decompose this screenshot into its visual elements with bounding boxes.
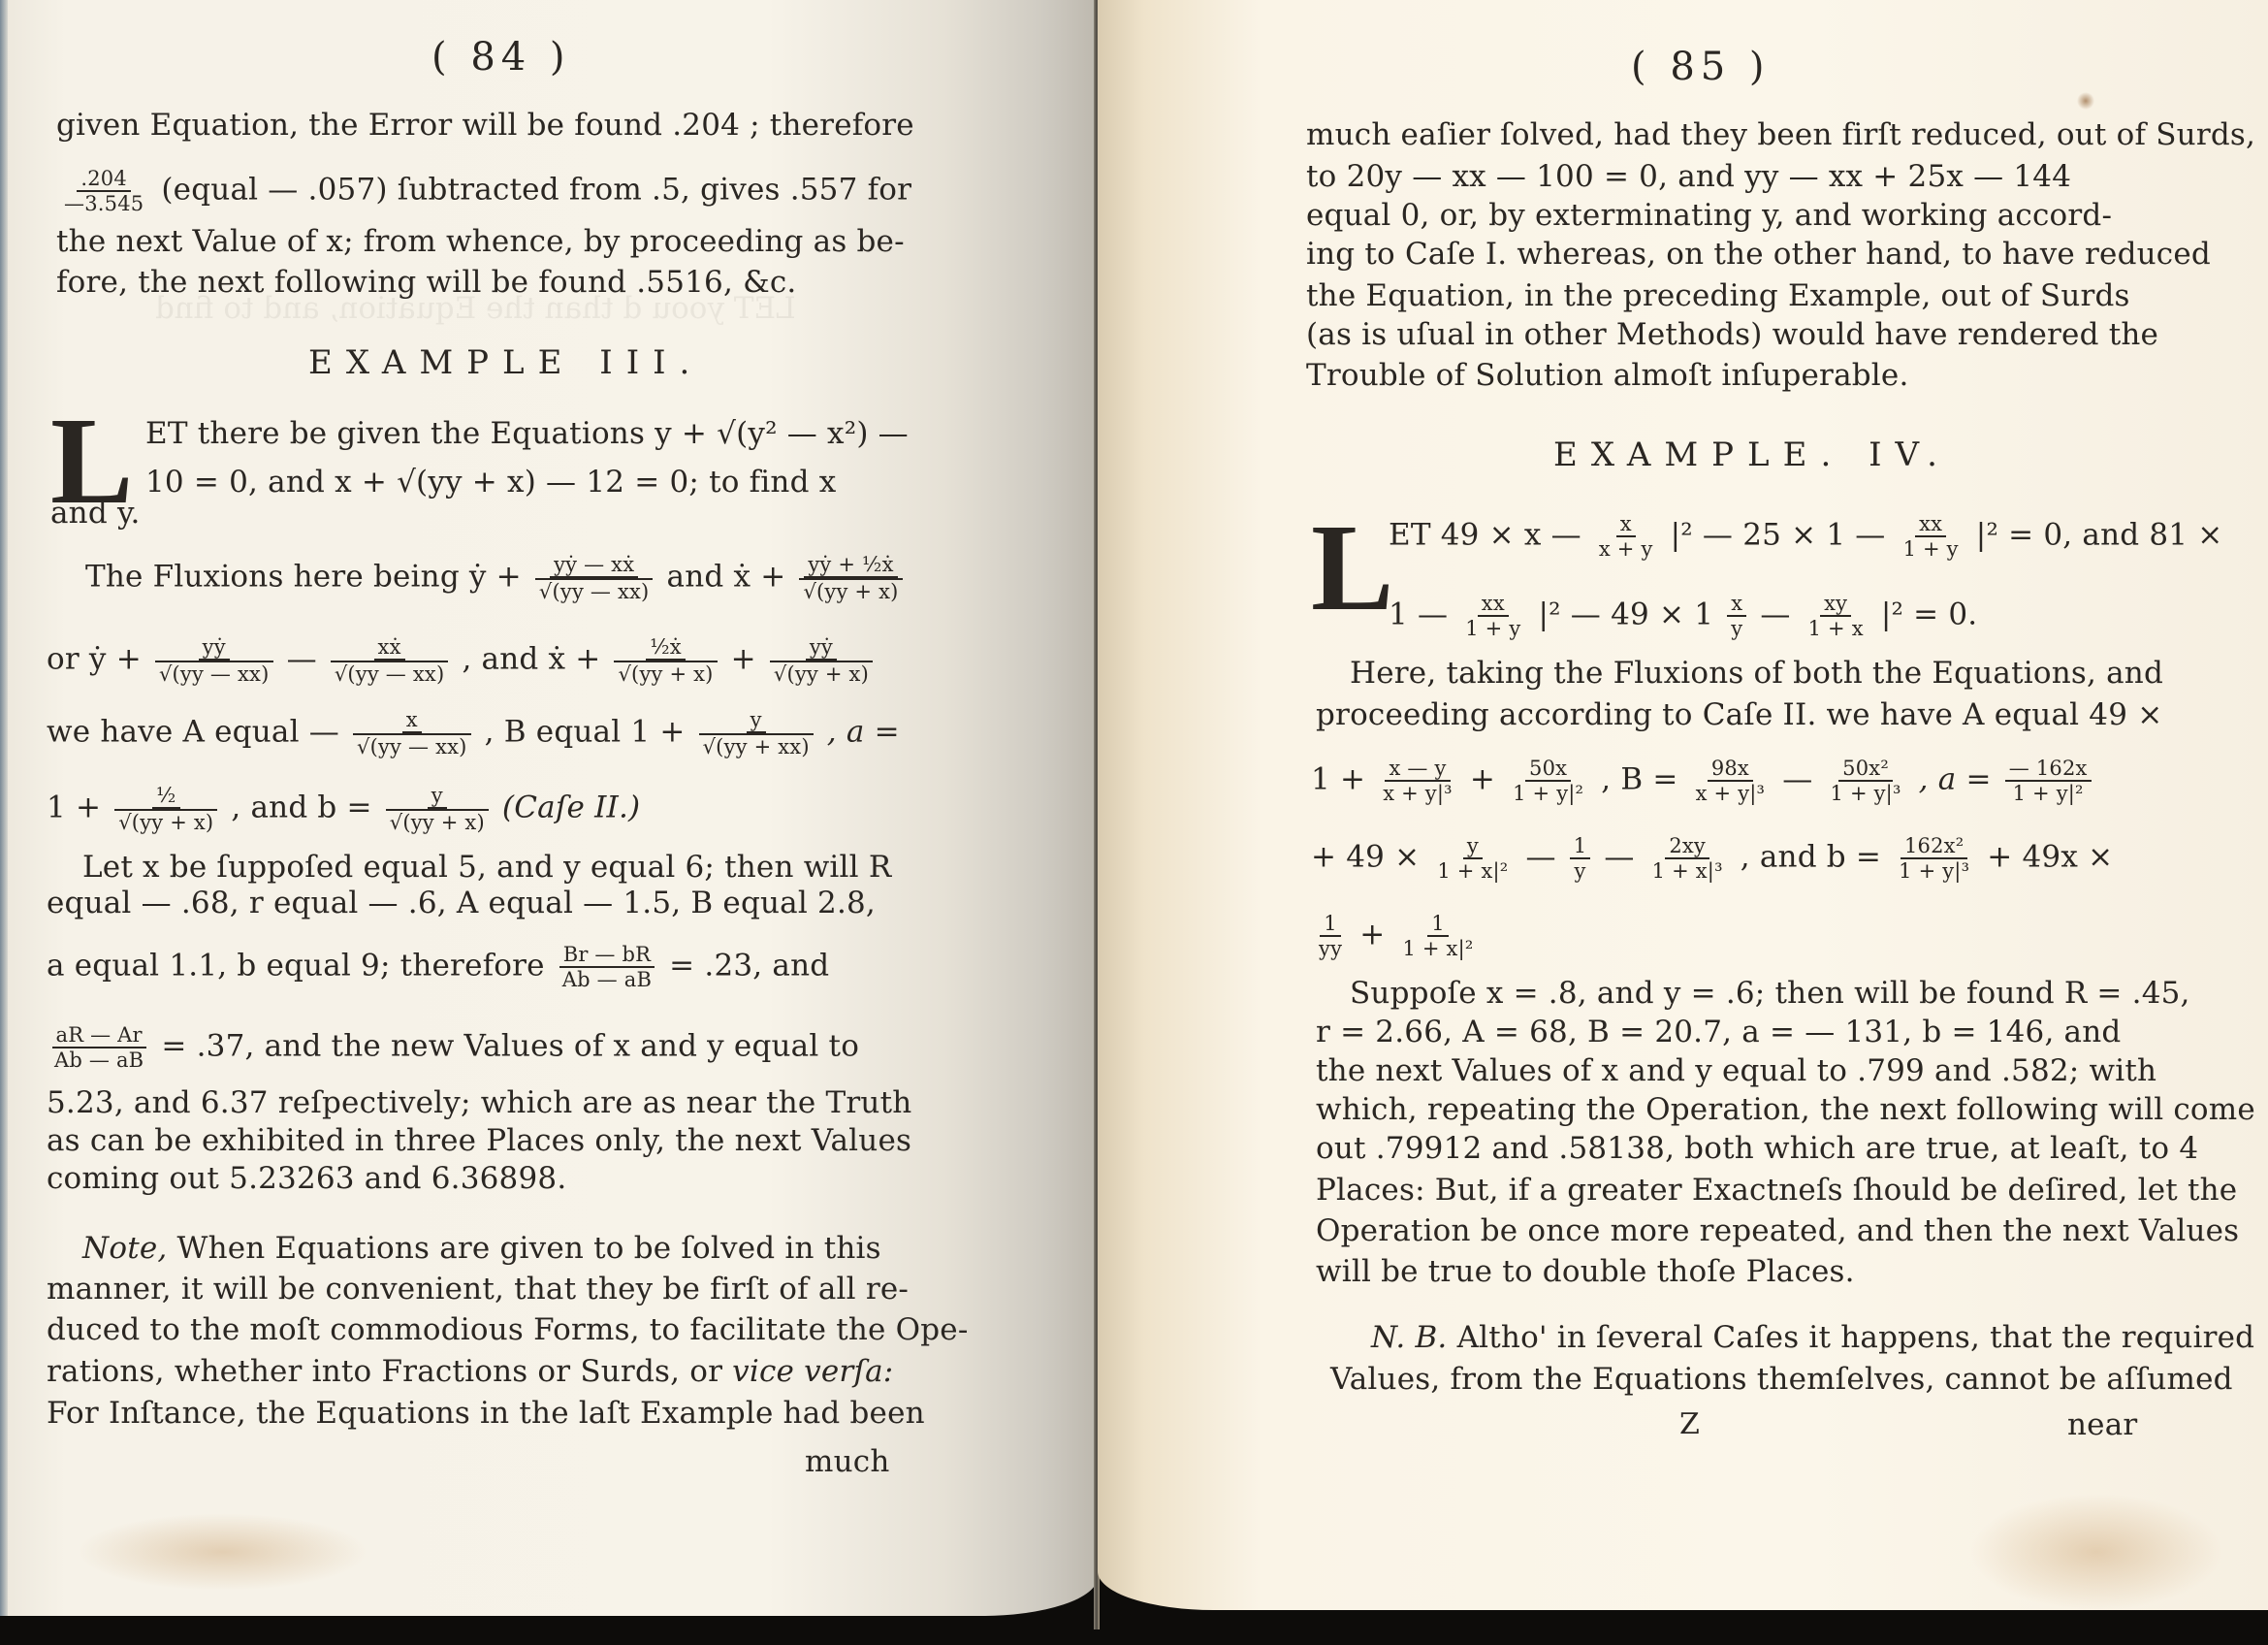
text-line: coming out 5.23263 and 6.36898. (47, 1160, 566, 1197)
paper-blemish (2077, 92, 2094, 110)
text: |² — 25 × 1 — (1671, 518, 1886, 553)
equation-line: 1yy + 11 + x|² (1311, 912, 1482, 960)
numerator: x (1727, 592, 1746, 617)
text: + (1470, 762, 1495, 797)
page-number: ( 84 ) (431, 39, 571, 76)
denominator: x + y|³ (1379, 782, 1456, 805)
numerator: x (402, 708, 422, 733)
text-line: out .79912 and .58138, both which are tr… (1316, 1130, 2198, 1167)
denominator: 1 + x|² (1398, 937, 1477, 960)
note-line: For Inſtance, the Equations in the laſt … (47, 1395, 925, 1432)
fluxion-line: we have A equal — x√(yy — xx) , B equal … (47, 708, 900, 758)
numerator: xx (1478, 592, 1509, 617)
foxing-stain (1970, 1494, 2222, 1610)
denominator: √(yy + x) (799, 578, 902, 603)
denominator: √(yy — xx) (535, 578, 654, 603)
equation-line: + 49 × y1 + x|² — 1y — 2xy1 + x|³ , and … (1311, 834, 2113, 883)
note-line: Note, When Equations are given to be ſol… (82, 1230, 881, 1267)
denominator: √(yy + x) (770, 661, 873, 686)
denominator: √(yy + x) (114, 809, 217, 834)
numerator: 1 (1320, 912, 1341, 937)
note-line: rations, whether into Fractions or Surds… (47, 1353, 893, 1390)
numerator: yẏ (806, 635, 837, 661)
text: + 49x × (1987, 840, 2113, 875)
nb-line: N. B. Altho' in ſeveral Caſes it happens… (1371, 1319, 2254, 1356)
numerator: yẏ — xẋ (550, 553, 638, 578)
denominator: 1 + x (1805, 617, 1868, 640)
text-line: Trouble of Solution almoſt inſuperable. (1306, 357, 1909, 394)
denominator: 1 + y|³ (1827, 782, 1905, 805)
text-line: as can be exhibited in three Places only… (47, 1122, 911, 1159)
text: + (731, 642, 756, 677)
text-line: Places: But, if a greater Exactneſs ſhou… (1316, 1172, 2237, 1209)
fluxion-line: or ẏ + yẏ√(yy — xx) — xẋ√(yy — xx) , and… (47, 635, 877, 686)
numerator: 50x² (1838, 757, 1893, 782)
text-line: .204—3.545 (equal — .057) ſubtracted fro… (56, 167, 898, 215)
text: When Equations are given to be ſolved in… (177, 1231, 881, 1266)
text: — (287, 642, 317, 677)
fraction: xx1 + y (1461, 592, 1524, 640)
text: — (1604, 840, 1634, 875)
text: |² = 0. (1881, 597, 1978, 632)
text-line: a equal 1.1, b equal 9; therefore Br — b… (47, 943, 829, 991)
text-line: fore, the next following will be found .… (56, 264, 797, 301)
text-line: Here, taking the Fluxions of both the Eq… (1350, 655, 2163, 692)
numerator: 50x (1525, 757, 1571, 782)
foxing-stain (78, 1513, 368, 1591)
catchword: near (2067, 1406, 2137, 1443)
denominator: Ab — aB (50, 1048, 147, 1072)
fraction: xx1 + y (1900, 512, 1963, 561)
fraction: y√(yy + x) (386, 784, 489, 834)
fraction: 11 + x|² (1398, 912, 1477, 960)
text: rations, whether into Fractions or Surds… (47, 1354, 722, 1389)
fraction: ½√(yy + x) (114, 784, 217, 834)
text-line: the Equation, in the preceding Example, … (1306, 277, 2130, 314)
denominator: x + y (1595, 537, 1657, 561)
example-heading: EXAMPLE. IV. (1553, 436, 1951, 473)
numerator: y (747, 708, 766, 733)
text-line: 10 = 0, and x + √(yy + x) — 12 = 0; to f… (145, 464, 836, 500)
text: , B = (1601, 762, 1677, 797)
text: — (1782, 762, 1812, 797)
text: given Equation, the Error will be found … (56, 107, 914, 144)
text: 1 + (47, 790, 101, 825)
text: and ẋ + (667, 560, 786, 595)
text: — (1760, 597, 1790, 632)
text-line: given Equation, the Error will be found … (56, 107, 898, 144)
denominator: 1 + y (1900, 537, 1963, 561)
text: (equal — .057) ſubtracted from .5, gives… (161, 173, 911, 208)
text-line: Operation be once more repeated, and the… (1316, 1212, 2239, 1249)
text: = .23, and (669, 949, 829, 984)
fraction: x√(yy — xx) (353, 708, 471, 758)
text: , and b = (1741, 840, 1881, 875)
text: , a = (827, 715, 900, 750)
numerator: xẋ (374, 635, 405, 661)
denominator: 1 + x|² (1433, 859, 1512, 883)
drop-cap: L (1311, 514, 1393, 621)
text: , B equal 1 + (485, 715, 686, 750)
text-line: proceeding according to Caſe II. we have… (1316, 696, 2162, 733)
text: 1 + (1311, 762, 1365, 797)
denominator: 1 + y|² (2009, 782, 2088, 805)
numerator: x — y (1385, 757, 1450, 782)
numerator: — 162x (2005, 757, 2092, 782)
numerator: xy (1820, 592, 1851, 617)
fraction: yẏ√(yy — xx) (155, 635, 273, 686)
nb-label: N. B. (1371, 1320, 1448, 1355)
denominator: √(yy — xx) (331, 661, 449, 686)
nb-line: Values, from the Equations themſelves, c… (1330, 1361, 2233, 1398)
text-line: Suppoſe x = .8, and y = .6; then will be… (1350, 975, 2190, 1012)
fraction: yẏ + ½ẋ√(yy + x) (799, 553, 902, 603)
denominator: √(yy — xx) (155, 661, 273, 686)
text-line: which, repeating the Operation, the next… (1316, 1091, 2255, 1128)
numerator: ½ẋ (646, 635, 686, 661)
denominator: √(yy + xx) (699, 733, 814, 758)
text-line: equal — .68, r equal — .6, A equal — 1.5… (47, 885, 876, 921)
equation-line: 1 + x — yx + y|³ + 50x1 + y|² , B = 98xx… (1311, 757, 2095, 805)
fraction: .204—3.545 (60, 167, 147, 215)
fraction: x — yx + y|³ (1379, 757, 1456, 805)
numerator: 1 (1427, 912, 1449, 937)
numerator: 2xy (1665, 834, 1709, 859)
denominator: 1 + y|² (1509, 782, 1587, 805)
denominator: √(yy — xx) (353, 733, 471, 758)
numerator: Br — bR (559, 943, 655, 968)
numerator: yẏ (199, 635, 230, 661)
text: 1 — (1389, 597, 1448, 632)
denominator: y (1727, 617, 1746, 640)
fraction: Br — bRAb — aB (559, 943, 655, 991)
note-line: duced to the moſt commodious Forms, to f… (47, 1311, 969, 1348)
numerator: yẏ + ½ẋ (804, 553, 897, 578)
fraction: y√(yy + xx) (699, 708, 814, 758)
fraction: 1yy (1315, 912, 1346, 960)
text-line: and y. (50, 495, 141, 532)
denominator: x + y|³ (1692, 782, 1770, 805)
fraction: xx + y (1595, 512, 1657, 561)
text-line: will be true to double thoſe Places. (1316, 1253, 1855, 1290)
numerator: y (428, 784, 447, 809)
right-page-85: ( 85 ) much eaſier ſolved, had they been… (1098, 0, 2268, 1610)
text-line: ing to Caſe I. whereas, on the other han… (1306, 236, 2211, 273)
fraction: yẏ — xẋ√(yy — xx) (535, 553, 654, 603)
denominator: 1 + y (1461, 617, 1524, 640)
text: or ẏ + (47, 642, 142, 677)
denominator: √(yy + x) (386, 809, 489, 834)
text-line: the next Values of x and y equal to .799… (1316, 1052, 2156, 1089)
fraction: 98xx + y|³ (1692, 757, 1770, 805)
text: a equal 1.1, b equal 9; therefore (47, 949, 545, 984)
denominator: Ab — aB (559, 968, 655, 991)
numerator: aR — Ar (52, 1023, 146, 1048)
fraction: xẋ√(yy — xx) (331, 635, 449, 686)
fluxion-line: 1 + ½√(yy + x) , and b = y√(yy + x) (Caſ… (47, 784, 640, 834)
text: , a = (1919, 762, 1992, 797)
text: = .37, and the new Values of x and y equ… (161, 1029, 859, 1064)
note-label: Note, (82, 1231, 167, 1266)
denominator: —3.545 (60, 192, 147, 215)
text-line: the next Value of x; from whence, by pro… (56, 223, 905, 260)
text: ET 49 × x — (1389, 518, 1581, 553)
case-reference: (Caſe II.) (502, 790, 640, 825)
text: |² — 49 × 1 (1538, 597, 1713, 632)
fraction: 162x²1 + y|³ (1895, 834, 1973, 883)
text-line: 5.23, and 6.37 reſpectively; which are a… (47, 1084, 911, 1121)
note-line: manner, it will be convenient, that they… (47, 1271, 909, 1307)
numerator: 1 (1570, 834, 1591, 859)
fraction: yẏ√(yy + x) (770, 635, 873, 686)
fraction: — 162x1 + y|² (2005, 757, 2092, 805)
numerator: .204 (77, 167, 131, 192)
fraction: 50x²1 + y|³ (1827, 757, 1905, 805)
fraction: ½ẋ√(yy + x) (614, 635, 717, 686)
page-number: ( 85 ) (1631, 48, 1771, 85)
text: Altho' in ſeveral Caſes it happens, that… (1457, 1320, 2255, 1355)
text: we have A equal — (47, 715, 339, 750)
text: The Fluxions here being ẏ + (85, 560, 522, 595)
fraction: aR — ArAb — aB (50, 1023, 147, 1072)
text: |² = 0, and 81 × (1976, 518, 2223, 553)
numerator: x (1616, 512, 1636, 537)
text-line: ET there be given the Equations y + √(y²… (145, 415, 909, 452)
numerator: y (1463, 834, 1483, 859)
text-line: Let x be ſuppoſed equal 5, and y equal 6… (82, 849, 891, 886)
text-line: much eaſier ſolved, had they been firſt … (1306, 116, 2255, 153)
equation-line: ET 49 × x — xx + y |² — 25 × 1 — xx1 + y… (1389, 512, 2222, 561)
text-line: (as is uſual in other Methods) would hav… (1306, 316, 2158, 353)
text-line: to 20y — xx — 100 = 0, and yy — xx + 25x… (1306, 158, 2071, 195)
fraction: xy1 + x (1805, 592, 1868, 640)
text: , and ẋ + (462, 642, 600, 677)
denominator: 1 + x|³ (1648, 859, 1727, 883)
signature-mark: Z (1679, 1406, 1700, 1443)
text: + 49 × (1311, 840, 1420, 875)
text-line: aR — ArAb — aB = .37, and the new Values… (47, 1023, 859, 1072)
denominator: √(yy + x) (614, 661, 717, 686)
text-line: equal 0, or, by exterminating y, and wor… (1306, 197, 2112, 234)
numerator: 98x (1708, 757, 1753, 782)
numerator: ½ (152, 784, 180, 809)
text: — (1525, 840, 1555, 875)
numerator: xx (1915, 512, 1946, 537)
equation-line: 1 — xx1 + y |² — 49 × 1 xy — xy1 + x |² … (1389, 592, 1977, 640)
example-heading: EXAMPLE III. (308, 344, 703, 381)
text: , and b = (231, 790, 371, 825)
denominator: y (1570, 859, 1589, 883)
denominator: yy (1315, 937, 1346, 960)
fraction: 2xy1 + x|³ (1648, 834, 1727, 883)
left-page-84: LET yoou d than the Equation, and to fin… (0, 0, 1098, 1616)
fraction: 1y (1570, 834, 1591, 883)
fluxion-line: The Fluxions here being ẏ + yẏ — xẋ√(yy … (85, 553, 907, 603)
fraction: 50x1 + y|² (1509, 757, 1587, 805)
catchword: much (805, 1443, 890, 1480)
denominator: 1 + y|³ (1895, 859, 1973, 883)
italic-phrase: vice verſa: (732, 1354, 893, 1389)
text: + (1359, 918, 1385, 952)
numerator: 162x² (1901, 834, 1967, 859)
fraction: y1 + x|² (1433, 834, 1512, 883)
fraction: xy (1727, 592, 1746, 640)
text-line: r = 2.66, A = 68, B = 20.7, a = — 131, b… (1316, 1014, 2121, 1050)
